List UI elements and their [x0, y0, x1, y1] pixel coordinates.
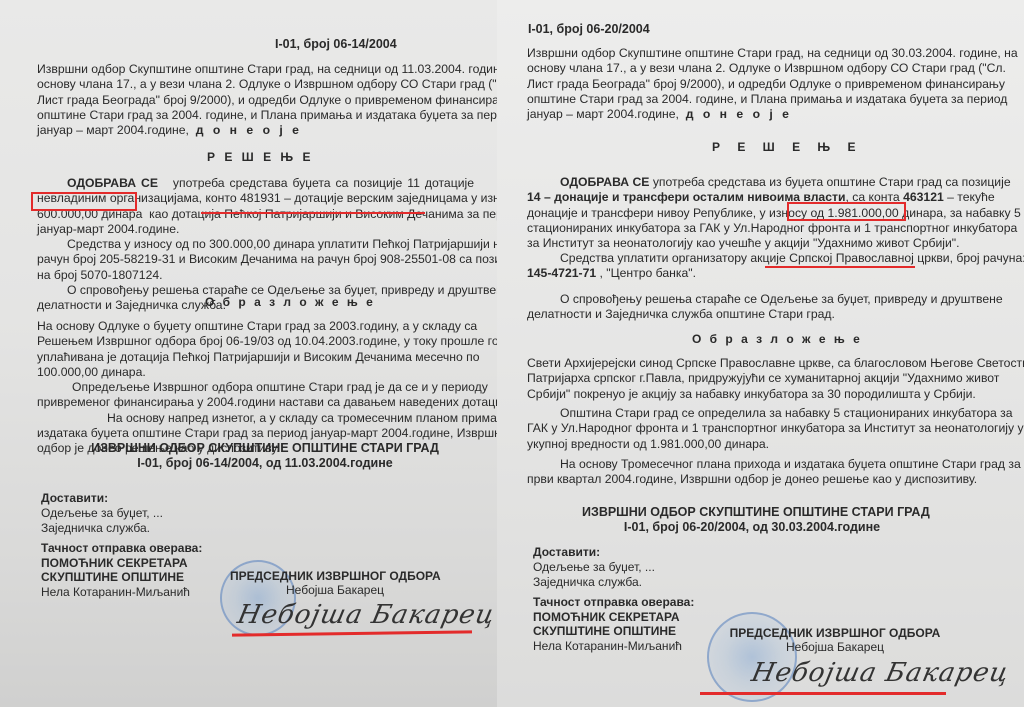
- recipient-underline: [765, 266, 915, 268]
- recipient-underlined: Српској Православној цркви: [789, 251, 949, 265]
- preamble: Извршни одбор Скупштине општине Стари гр…: [527, 46, 972, 122]
- reasoning: На основу Одлуке о буџету општине Стари …: [37, 319, 474, 457]
- certified-block: Тачност отправка оверава: ПОМОЋНИК СЕКРЕ…: [533, 595, 694, 653]
- heading-obrazlozenje: О б р а з л о ж е њ е: [692, 332, 862, 346]
- document-number: I-01, број 06-20/2004: [528, 22, 650, 36]
- document-number: I-01, број 06-14/2004: [275, 37, 397, 51]
- reasoning-1: Свети Архијерејски синод Српске Правосла…: [527, 356, 972, 402]
- signature: Небојша Бакарец: [749, 658, 1012, 688]
- doneo-je: д о н е о ј е: [196, 123, 302, 137]
- document-left: I-01, број 06-14/2004 Извршни одбор Скуп…: [0, 0, 497, 707]
- heading-resenje: Р Е Ш Е Њ Е: [207, 150, 314, 164]
- deliver-block: Доставити: Одељење за буџет, ... Заједни…: [533, 545, 655, 590]
- recipients-underline: [201, 212, 425, 214]
- signature-underline: [700, 692, 946, 695]
- amount-highlight-box: [787, 202, 906, 221]
- doneo-je: д о н е о ј е: [686, 107, 792, 121]
- document-right: I-01, број 06-20/2004 Извршни одбор Скуп…: [497, 0, 1024, 707]
- implementation: О спровођењу решења стараће се Одељење з…: [527, 292, 972, 323]
- certified-block: Тачност отправка оверава: ПОМОЋНИК СЕКРЕ…: [41, 541, 202, 599]
- preamble: Извршни одбор Скупштине општине Стари гр…: [37, 62, 474, 138]
- heading-obrazlozenje: О б р а з л о ж е њ е: [205, 295, 375, 309]
- reasoning-3: На основу Тромесечног плана прихода и из…: [527, 457, 972, 488]
- amount-highlight-box: [31, 192, 137, 211]
- issuer-block: ИЗВРШНИ ОДБОР СКУПШТИНЕ ОПШТИНЕ СТАРИ ГР…: [80, 441, 450, 471]
- president-block: ПРЕДСЕДНИК ИЗВРШНОГ ОДБОРА Небојша Бакар…: [230, 569, 440, 597]
- signature: Небојша Бакарец: [235, 600, 497, 630]
- heading-resenje: Р Е Ш Е Њ Е: [712, 140, 863, 154]
- president-block: ПРЕДСЕДНИК ИЗВРШНОГ ОДБОРА Небојша Бакар…: [725, 626, 945, 654]
- deliver-block: Доставити: Одељење за буџет, ... Заједни…: [41, 491, 163, 536]
- issuer-block: ИЗВРШНИ ОДБОР СКУПШТИНЕ ОПШТИНЕ СТАРИ ГР…: [582, 505, 922, 535]
- reasoning-2: Општина Стари град се определила за наба…: [527, 406, 972, 452]
